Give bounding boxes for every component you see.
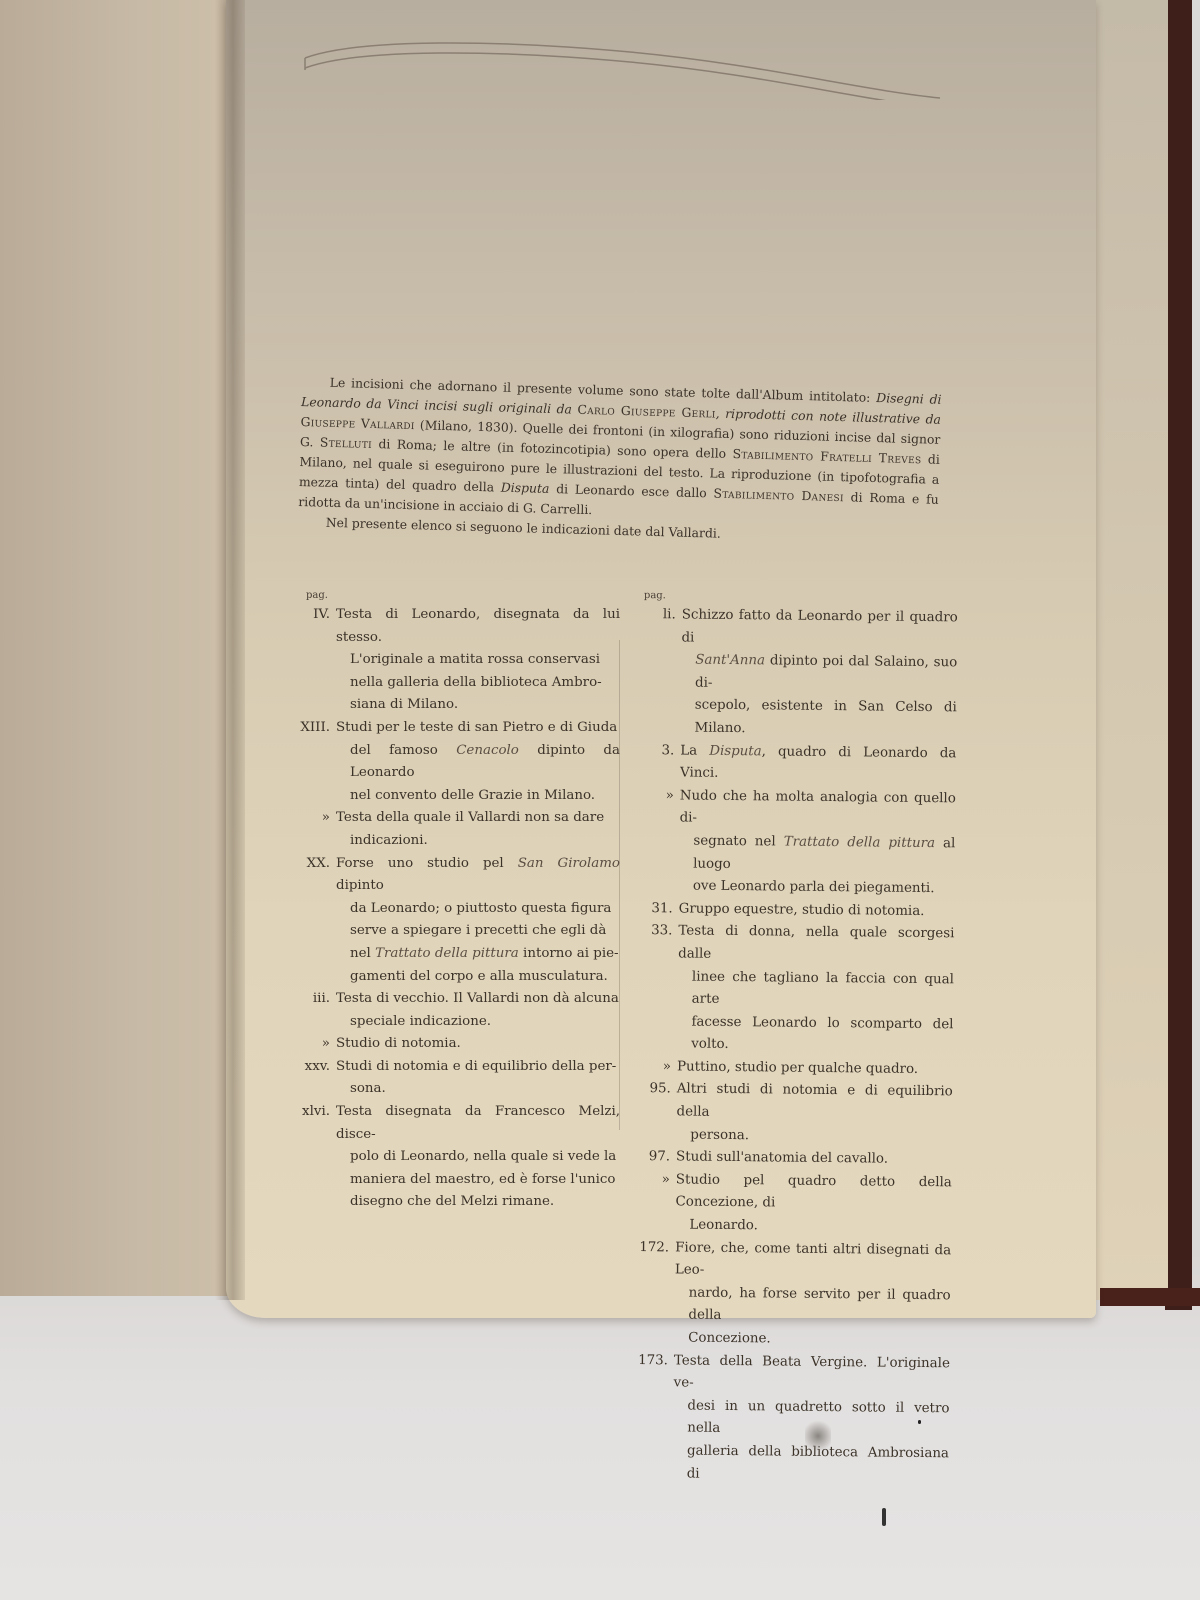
list-entry: »Nudo che ha molta analogia con quello d… — [635, 785, 956, 901]
list-entry: xxv.Studi di notomia e di equilibrio del… — [300, 1056, 620, 1101]
plate-page-number: 3. — [636, 740, 680, 786]
entry-line: Sant'Anna dipinto poi dal Salaino, suo d… — [681, 650, 957, 698]
table-mark — [918, 1420, 921, 1424]
entry-line: ove Leonardo parla dei piegamenti. — [679, 876, 955, 901]
engraver-name: Carlo Giuseppe Gerli — [577, 402, 716, 421]
entry-line: maniera del maestro, ed è forse l'unico — [336, 1169, 620, 1192]
list-entry: »Puttino, studio per qualche quadro. — [633, 1056, 953, 1082]
studio-danesi: Stabilimento Danesi — [713, 486, 844, 505]
entry-line: speciale indicazione. — [336, 1011, 620, 1034]
entry-line: persona. — [676, 1124, 952, 1149]
gutter-shadow — [215, 0, 245, 1300]
entry-line: Puttino, studio per qualche quadro. — [677, 1056, 953, 1081]
page-label: pag. — [644, 590, 958, 605]
entries-list: li.Schizzo fatto da Leonardo per il quad… — [629, 604, 958, 1488]
plate-page-number: » — [635, 785, 680, 898]
entry-line: siana di Milano. — [336, 694, 620, 717]
editor-name: Giuseppe Vallardi — [300, 414, 415, 432]
entry-line: Leonardo. — [675, 1214, 951, 1239]
entry-line: segnato nel Trattato della pittura al lu… — [679, 830, 955, 878]
plate-page-number: 33. — [633, 920, 678, 1056]
entry-description: Puttino, studio per qualche quadro. — [677, 1056, 953, 1081]
italic-title: Disputa — [709, 743, 762, 759]
entry-line: La Disputa, quadro di Leonardo da Vinci. — [680, 740, 956, 788]
entry-line: Studi per le teste di san Pietro e di Gi… — [336, 717, 620, 740]
intro-para-1: Le incisioni che adornano il presente vo… — [298, 372, 942, 530]
entry-line: Testa disegnata da Francesco Melzi, disc… — [336, 1101, 620, 1146]
plates-list-right-column: pag. li.Schizzo fatto da Leonardo per il… — [629, 590, 958, 1488]
list-entry: »Studio di notomia. — [300, 1033, 620, 1056]
entry-line: nel convento delle Grazie in Milano. — [336, 785, 620, 808]
plate-page-number: » — [631, 1169, 676, 1237]
entry-description: Nudo che ha molta analogia con quello di… — [679, 785, 956, 901]
entry-line: Forse uno studio pel San Girolamo dipint… — [336, 853, 620, 898]
entry-line: Testa della Beata Vergine. L'originale v… — [674, 1350, 950, 1398]
disputa-title: Disputa — [501, 480, 550, 496]
entry-line: Testa di vecchio. Il Vallardi non dà alc… — [336, 988, 620, 1011]
entry-line: nella galleria della biblioteca Ambro- — [336, 672, 620, 695]
left-facing-page — [0, 0, 236, 1296]
entry-line: sona. — [336, 1078, 620, 1101]
plate-page-number: » — [300, 1033, 336, 1056]
engraver2-name: Stelluti — [320, 435, 372, 451]
page-label: pag. — [306, 590, 620, 602]
book-cover-edge — [1165, 0, 1192, 1310]
entry-description: Testa della quale il Vallardi non sa dar… — [336, 807, 620, 852]
ornamental-headband-rule — [300, 20, 950, 100]
list-entry: xlvi.Testa disegnata da Francesco Melzi,… — [300, 1101, 620, 1214]
entry-line: Gruppo equestre, studio di notomia. — [679, 898, 955, 923]
plate-page-number: iii. — [300, 988, 336, 1033]
intro-text: di Leonardo esce dallo — [549, 481, 714, 501]
list-entry: XX.Forse uno studio pel San Girolamo dip… — [300, 853, 620, 989]
book-cover-bottom — [1100, 1288, 1200, 1306]
table-mark — [882, 1508, 886, 1526]
plate-page-number: xxv. — [300, 1056, 336, 1101]
entry-line: Testa di donna, nella quale scorgesi dal… — [678, 921, 954, 969]
list-entry: 95.Altri studi di notomia e di equilibri… — [632, 1078, 953, 1149]
entry-line: scepolo, esistente in San Celso di Milan… — [680, 695, 956, 743]
entry-line: polo di Leonardo, nella quale si vede la — [336, 1146, 620, 1169]
entry-line: Schizzo fatto da Leonardo per il quadro … — [681, 604, 957, 652]
list-entry: 172.Fiore, che, come tanti altri disegna… — [630, 1237, 951, 1353]
entry-line: serve a spiegare i precetti che egli dà — [336, 920, 620, 943]
entry-line: gamenti del corpo e alla musculatura. — [336, 966, 620, 989]
entry-line: L'originale a matita rossa conservasi — [336, 649, 620, 672]
entry-line: del famoso Cenacolo dipinto da Leonardo — [336, 740, 620, 785]
table-smudge — [805, 1418, 831, 1454]
entry-description: Studio pel quadro detto della Concezione… — [675, 1169, 952, 1240]
plate-page-number: XIII. — [300, 717, 336, 807]
italic-title: Trattato della pittura — [784, 834, 935, 851]
entry-line: Testa di Leonardo, disegnata da lui stes… — [336, 604, 620, 649]
list-entry: IV.Testa di Leonardo, disegnata da lui s… — [300, 604, 620, 717]
entry-line: indicazioni. — [336, 830, 620, 853]
intro-italic-text: , riprodotti con note illustrative da — [716, 406, 942, 427]
entry-line: linee che tagliano la faccia con qual ar… — [678, 966, 954, 1014]
entry-description: Testa di Leonardo, disegnata da lui stes… — [336, 604, 620, 717]
italic-title: San Girolamo — [518, 856, 620, 871]
list-entry: 33.Testa di donna, nella quale scorgesi … — [633, 920, 954, 1059]
entry-line: Altri studi di notomia e di equilibrio d… — [676, 1079, 952, 1127]
entry-description: Studi sull'anatomia del cavallo. — [676, 1147, 952, 1172]
entries-list: IV.Testa di Leonardo, disegnata da lui s… — [300, 604, 620, 1214]
entry-description: Studi per le teste di san Pietro e di Gi… — [336, 717, 620, 807]
plate-page-number: XX. — [300, 853, 336, 989]
plate-page-number: » — [633, 1056, 677, 1079]
list-entry: 173.Testa della Beata Vergine. L'origina… — [629, 1350, 950, 1489]
list-entry: 97.Studi sull'anatomia del cavallo. — [632, 1146, 952, 1172]
entry-line: Studio pel quadro detto della Concezione… — [675, 1169, 951, 1217]
entry-line: da Leonardo; o piuttosto questa figura — [336, 898, 620, 921]
entry-line: Studi di notomia e di equilibrio della p… — [336, 1056, 620, 1079]
list-entry: 3.La Disputa, quadro di Leonardo da Vinc… — [636, 740, 956, 789]
column-divider — [619, 640, 620, 1130]
entry-description: Gruppo equestre, studio di notomia. — [679, 898, 955, 923]
entry-description: Testa di vecchio. Il Vallardi non dà alc… — [336, 988, 620, 1033]
entry-description: Fiore, che, come tanti altri disegnati d… — [674, 1237, 951, 1353]
list-entry: 31.Gruppo equestre, studio di notomia. — [635, 898, 955, 924]
entry-line: facesse Leonardo lo scomparto del volto. — [677, 1011, 953, 1059]
plate-page-number: IV. — [300, 604, 336, 717]
italic-title: Trattato della pittura — [375, 946, 519, 961]
plate-page-number: 172. — [630, 1237, 675, 1350]
plate-page-number: 31. — [635, 898, 679, 921]
italic-title: Cenacolo — [456, 743, 519, 758]
plate-page-number: » — [300, 807, 336, 852]
plate-page-number: xlvi. — [300, 1101, 336, 1214]
entry-line: Fiore, che, come tanti altri disegnati d… — [675, 1237, 951, 1285]
entry-line: disegno che del Melzi rimane. — [336, 1191, 620, 1214]
entry-description: Forse uno studio pel San Girolamo dipint… — [336, 853, 620, 989]
plate-page-number: 95. — [632, 1078, 677, 1146]
list-entry: XIII.Studi per le teste di san Pietro e … — [300, 717, 620, 807]
plates-list-left-column: pag. IV.Testa di Leonardo, disegnata da … — [300, 590, 620, 1214]
italic-title: Sant'Anna — [695, 653, 765, 669]
entry-description: Testa disegnata da Francesco Melzi, disc… — [336, 1101, 620, 1214]
studio-treves: Stabilimento Fratelli Treves — [732, 446, 921, 466]
plate-page-number: 173. — [629, 1350, 674, 1486]
entry-description: Altri studi di notomia e di equilibrio d… — [676, 1079, 953, 1150]
entry-description: Studi di notomia e di equilibrio della p… — [336, 1056, 620, 1101]
list-entry: iii.Testa di vecchio. Il Vallardi non dà… — [300, 988, 620, 1033]
entry-line: Studi sull'anatomia del cavallo. — [676, 1147, 952, 1172]
list-entry: »Studio pel quadro detto della Concezion… — [631, 1169, 952, 1240]
entry-line: Concezione. — [674, 1327, 950, 1352]
plate-page-number: li. — [636, 604, 681, 740]
entry-line: Nudo che ha molta analogia con quello di… — [679, 785, 955, 833]
entry-description: Studio di notomia. — [336, 1033, 620, 1056]
entry-line: nardo, ha forse servito per il quadro de… — [674, 1282, 950, 1330]
entry-description: La Disputa, quadro di Leonardo da Vinci. — [680, 740, 956, 788]
plate-page-number: 97. — [632, 1146, 676, 1169]
entry-line: Testa della quale il Vallardi non sa dar… — [336, 807, 620, 830]
entry-description: Testa di donna, nella quale scorgesi dal… — [677, 921, 954, 1059]
intro-paragraph: Le incisioni che adornano il presente vo… — [298, 372, 942, 550]
list-entry: »Testa della quale il Vallardi non sa da… — [300, 807, 620, 852]
entry-line: nel Trattato della pittura intorno ai pi… — [336, 943, 620, 966]
underlying-page-edge — [1096, 0, 1168, 1300]
entry-line: Studio di notomia. — [336, 1033, 620, 1056]
entry-description: Schizzo fatto da Leonardo per il quadro … — [680, 604, 957, 742]
list-entry: li.Schizzo fatto da Leonardo per il quad… — [636, 604, 957, 743]
